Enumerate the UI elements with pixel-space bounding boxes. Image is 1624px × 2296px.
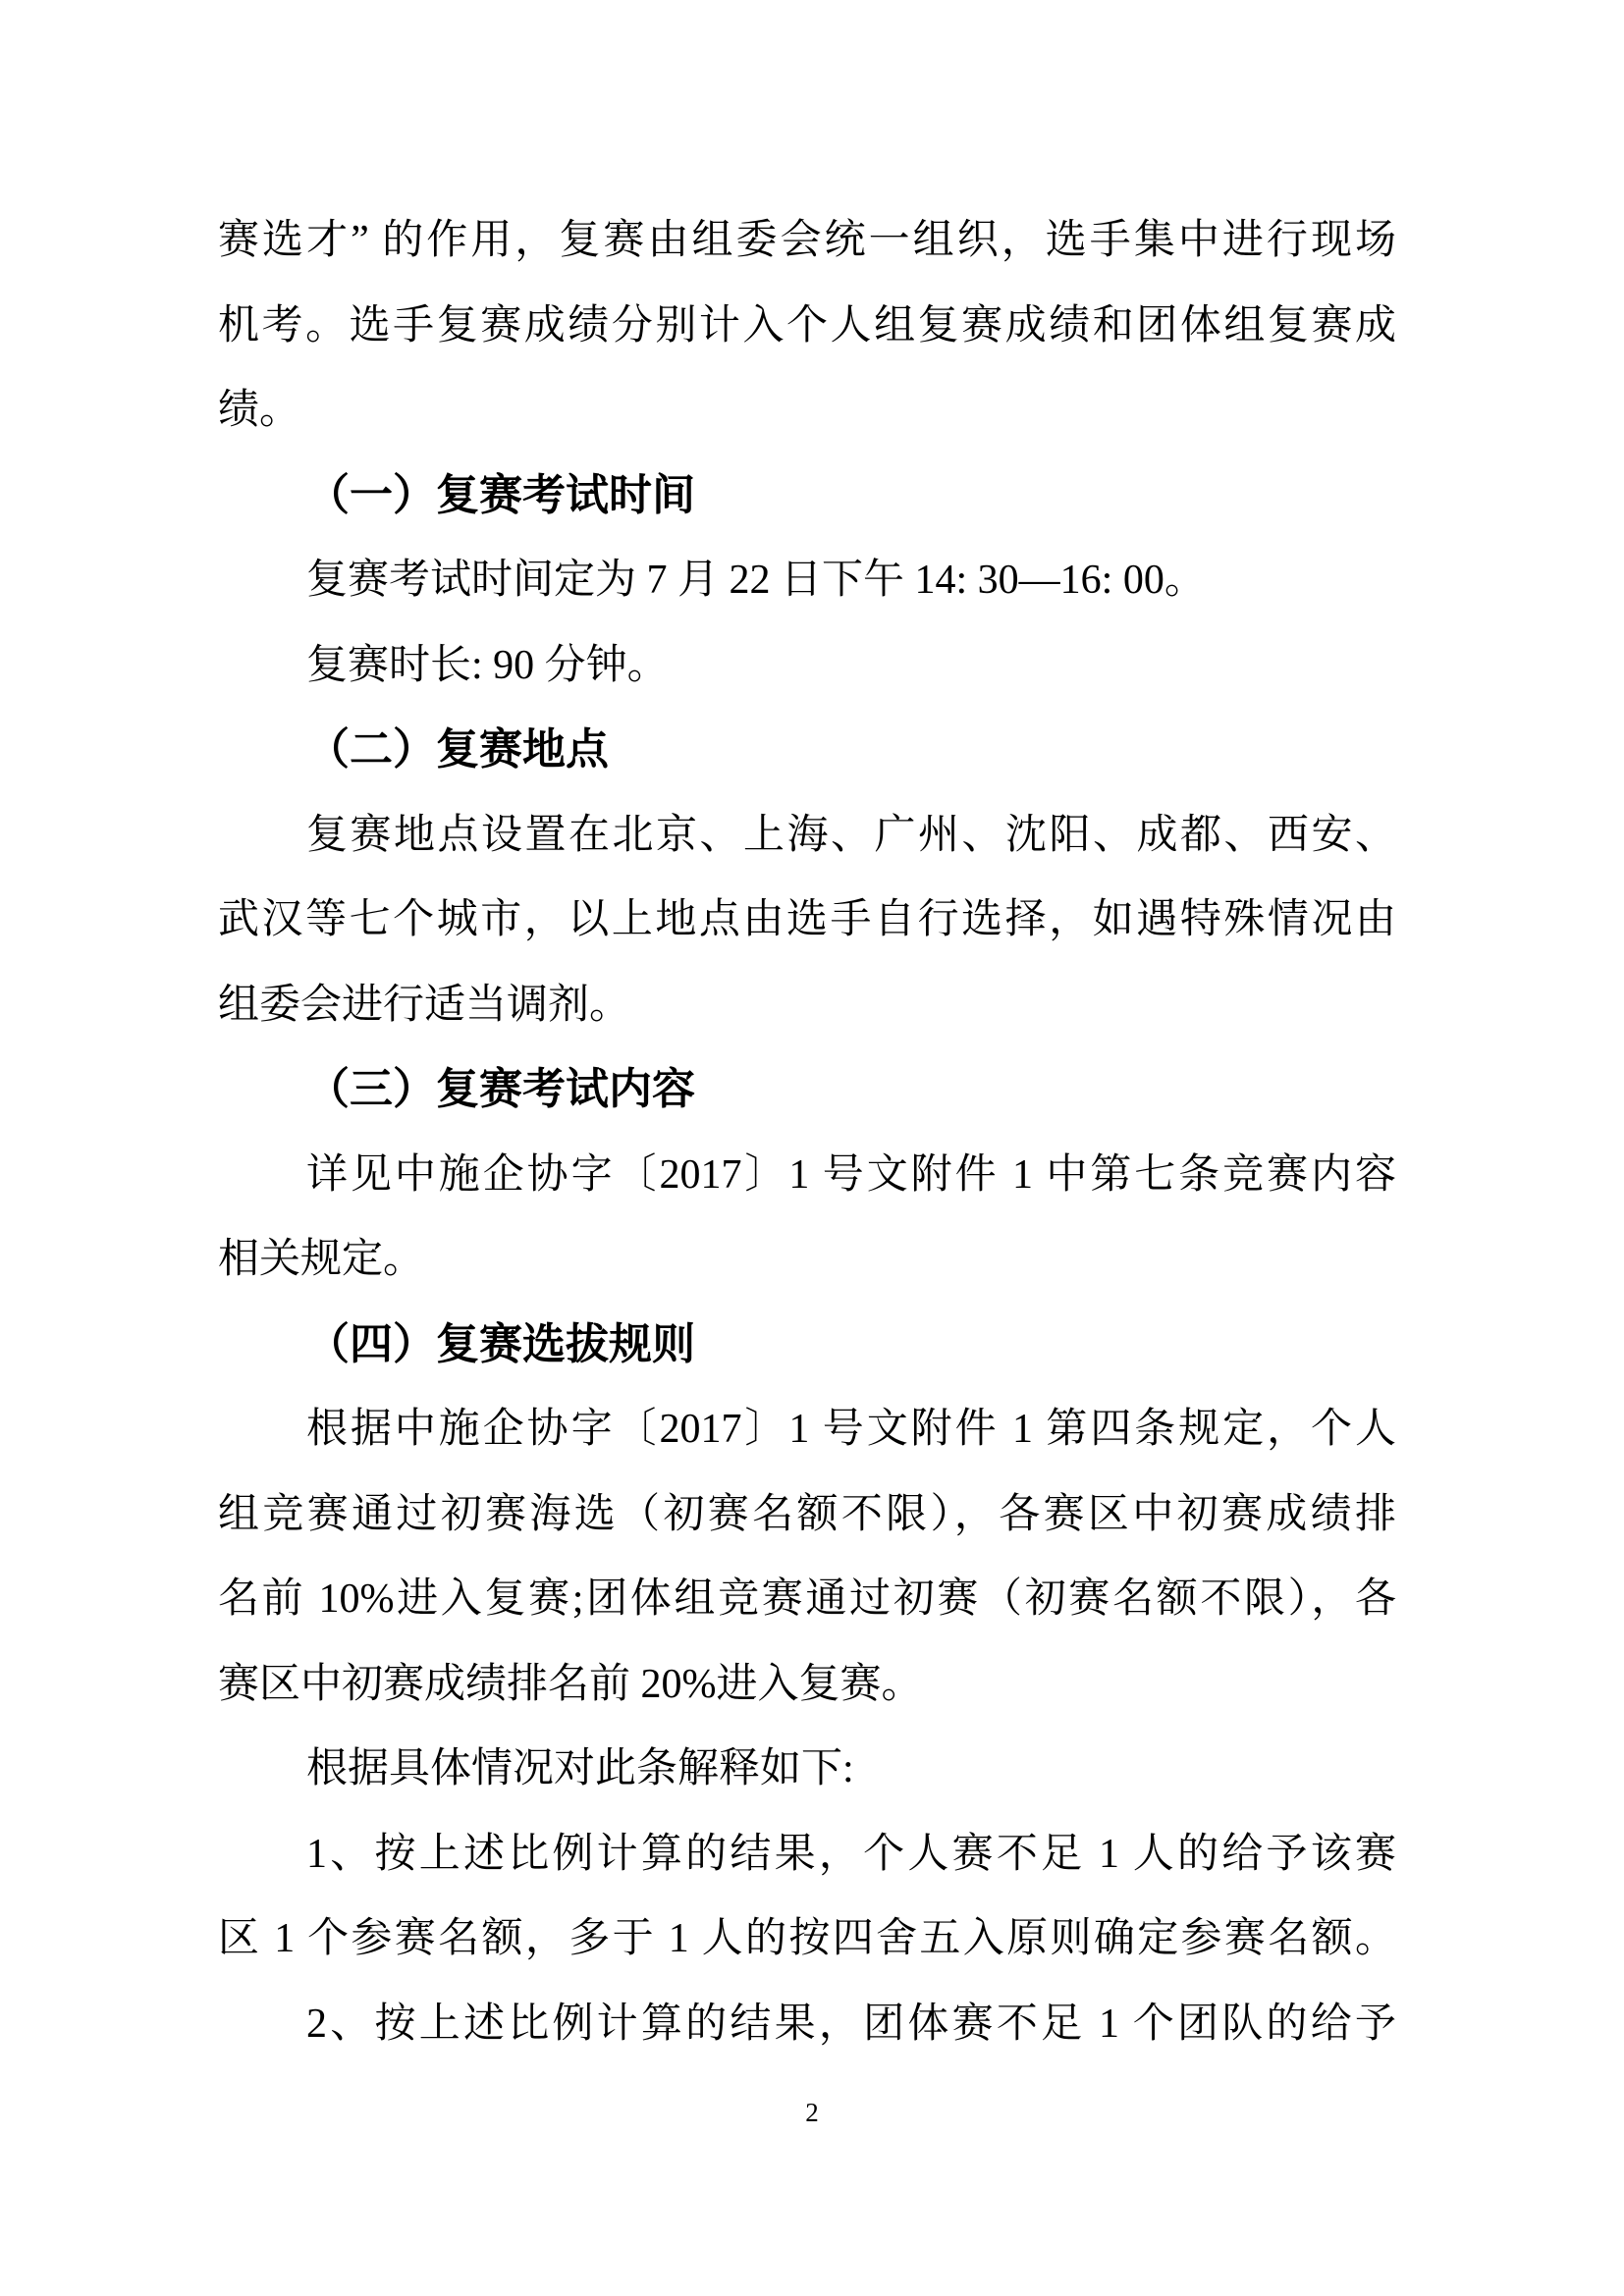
text-line: 机考。选手复赛成绩分别计入个人组复赛成绩和团体组复赛成 <box>218 284 1396 369</box>
text-line: 根据具体情况对此条解释如下: <box>218 1727 1396 1812</box>
text-line: 相关规定。 <box>218 1217 1396 1303</box>
text-line: 根据中施企协字〔2017〕1 号文附件 1 第四条规定，个人 <box>218 1387 1396 1472</box>
text-line: 赛区中初赛成绩排名前 20%进入复赛。 <box>218 1642 1396 1728</box>
text-line: 复赛地点设置在北京、上海、广州、沈阳、成都、西安、 <box>218 793 1396 879</box>
page-number: 2 <box>0 2093 1624 2132</box>
text-line: 组委会进行适当调剂。 <box>218 963 1396 1048</box>
text-line: 复赛考试时间定为 7 月 22 日下午 14: 30—16: 00。 <box>218 538 1396 623</box>
text-line: 区 1 个参赛名额，多于 1 人的按四舍五入原则确定参赛名额。 <box>218 1896 1396 1982</box>
text-line: 赛选才” 的作用，复赛由组委会统一组织，选手集中进行现场 <box>218 198 1396 284</box>
text-line: 2、按上述比例计算的结果，团体赛不足 1 个团队的给予 <box>218 1982 1396 2067</box>
text-line: 名前 10%进入复赛;团体组竞赛通过初赛（初赛名额不限），各 <box>218 1557 1396 1642</box>
section-heading: （一）复赛考试时间 <box>218 454 1396 539</box>
section-heading: （二）复赛地点 <box>218 708 1396 793</box>
text-line: 详见中施企协字〔2017〕1 号文附件 1 中第七条竞赛内容 <box>218 1133 1396 1218</box>
text-line: 绩。 <box>218 368 1396 454</box>
text-line: 武汉等七个城市，以上地点由选手自行选择，如遇特殊情况由 <box>218 878 1396 963</box>
text-line: 1、按上述比例计算的结果，个人赛不足 1 人的给予该赛 <box>218 1812 1396 1897</box>
text-line: 复赛时长: 90 分钟。 <box>218 623 1396 709</box>
document-page: 赛选才” 的作用，复赛由组委会统一组织，选手集中进行现场机考。选手复赛成绩分别计… <box>0 0 1624 2296</box>
text-line: 组竞赛通过初赛海选（初赛名额不限），各赛区中初赛成绩排 <box>218 1472 1396 1558</box>
document-body: 赛选才” 的作用，复赛由组委会统一组织，选手集中进行现场机考。选手复赛成绩分别计… <box>218 198 1396 2066</box>
section-heading: （四）复赛选拔规则 <box>218 1303 1396 1388</box>
section-heading: （三）复赛考试内容 <box>218 1047 1396 1133</box>
